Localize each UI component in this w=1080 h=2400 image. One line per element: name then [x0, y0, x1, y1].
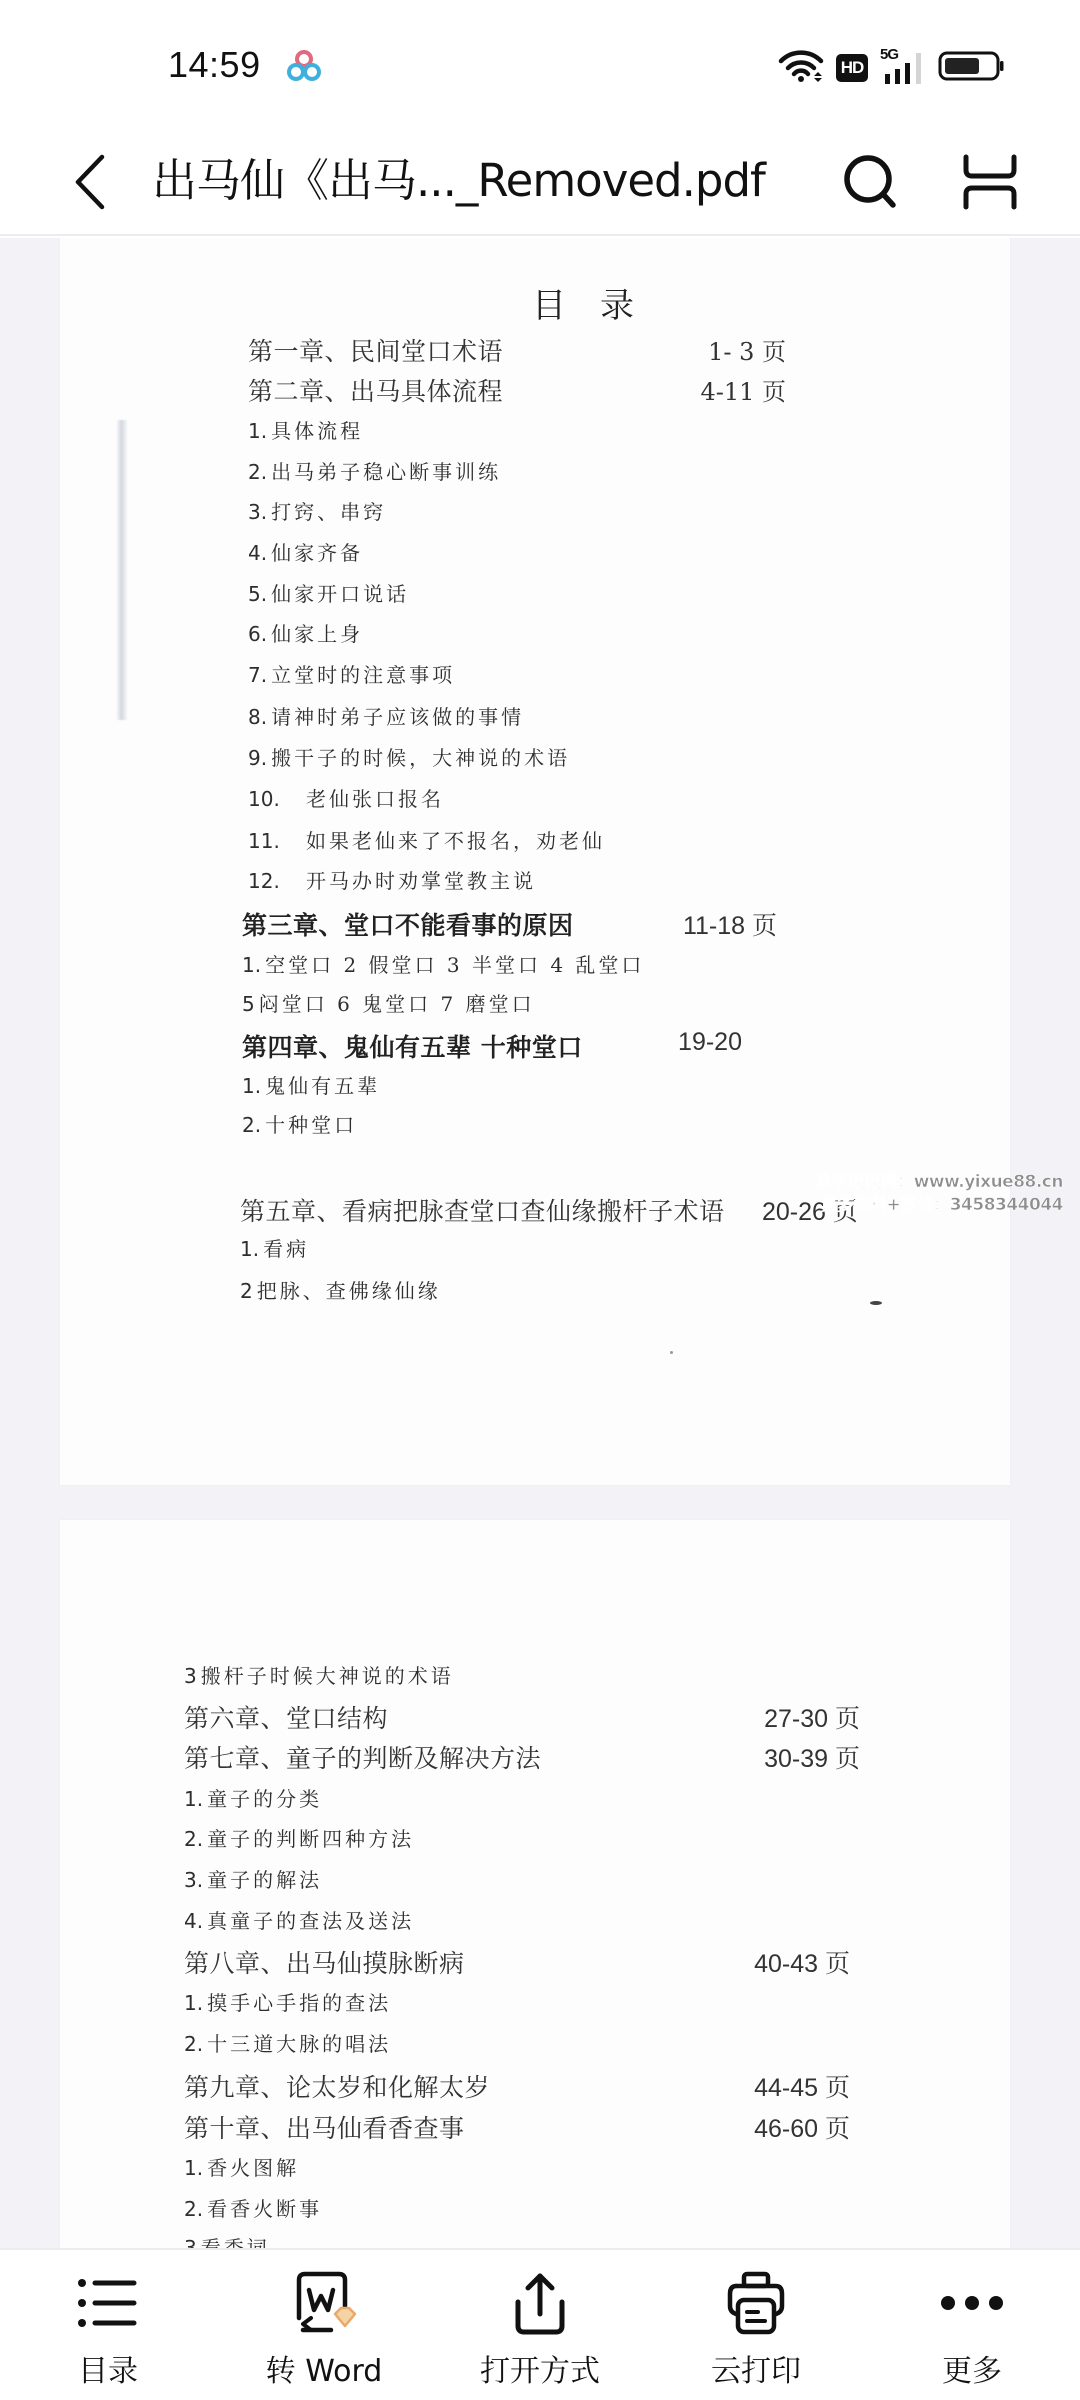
printer-icon: [721, 2268, 791, 2338]
watermark-line-2: 更多资料+微信：3458344044: [820, 1190, 1063, 1215]
toc-item[interactable]: 1.摸手心手指的查法: [184, 1987, 391, 2016]
status-indicators: HD 5G: [778, 48, 1006, 88]
toc-item[interactable]: 4.仙家齐备: [248, 537, 363, 566]
more-button[interactable]: 更多: [864, 2250, 1080, 2400]
app-header: 出马仙《出马..._Removed.pdf: [0, 130, 1080, 236]
watermark-line-1: 易学巴巴网：www.yixue88.cn: [815, 1167, 1063, 1192]
toc-chapter[interactable]: 第五章、看病把脉查堂口查仙缘搬杆子术语: [240, 1192, 725, 1228]
status-bar: 14:59 HD 5G: [0, 0, 1080, 130]
search-button[interactable]: [835, 146, 907, 218]
chevron-left-icon: [72, 153, 108, 211]
toc-item[interactable]: 10.老仙张口报名: [248, 783, 444, 812]
toc-item[interactable]: 5闷堂口 6 鬼堂口 7 磨堂口: [242, 988, 535, 1017]
toc-chapter[interactable]: 第八章、出马仙摸脉断病: [184, 1944, 465, 1980]
toc-page-range: 46-60 页: [754, 2109, 850, 2145]
toc-item[interactable]: 2.童子的判断四种方法: [184, 1823, 414, 1852]
open-with-button[interactable]: 打开方式: [432, 2250, 648, 2400]
toc-chapter[interactable]: 第三章、堂口不能看事的原因: [242, 906, 574, 942]
toc-item[interactable]: 6.仙家上身: [248, 618, 363, 647]
scan-speck: [870, 1301, 882, 1305]
search-icon: [841, 152, 901, 212]
toc-item[interactable]: 9.搬干子的时候，大神说的术语: [248, 742, 570, 771]
toc-chapter[interactable]: 第四章、鬼仙有五辈 十种堂口: [242, 1028, 583, 1064]
bottom-toolbar: 目录 转 Word 打开方式: [0, 2248, 1080, 2400]
toc-item[interactable]: 3看香词: [184, 2232, 270, 2248]
toc-item[interactable]: 3.童子的解法: [184, 1864, 322, 1893]
back-button[interactable]: [60, 142, 120, 222]
toc-item[interactable]: 1.空堂口 2 假堂口 3 半堂口 4 乱堂口: [242, 949, 644, 978]
pdf-page-2: 3搬杆子时候大神说的术语 第六章、堂口结构 27-30 页 第七章、童子的判断及…: [60, 1520, 1010, 2248]
page-view-button[interactable]: [952, 144, 1028, 220]
toc-item[interactable]: 1.具体流程: [248, 415, 363, 444]
toc-item[interactable]: 8.请神时弟子应该做的事情: [248, 701, 524, 730]
convert-word-label: 转 Word: [216, 2346, 432, 2390]
toc-item[interactable]: 11.如果老仙来了不报名，劝老仙: [248, 825, 605, 854]
toc-chapter[interactable]: 第七章、童子的判断及解决方法: [184, 1739, 541, 1775]
toc-item[interactable]: 2.出马弟子稳心断事训练: [248, 456, 501, 485]
toc-page-range: 44-45 页: [754, 2068, 850, 2104]
cloud-rings-icon: [286, 48, 322, 84]
toc-page-range: 4-11 页: [700, 372, 786, 407]
toc-page-range: 40-43 页: [754, 1944, 850, 1980]
toc-chapter[interactable]: 第六章、堂口结构: [184, 1699, 388, 1735]
scan-speck: [670, 1351, 673, 1354]
toc-page-range: 11-18 页: [683, 906, 777, 942]
toc-item[interactable]: 2.看香火断事: [184, 2193, 322, 2222]
status-time: 14:59: [168, 44, 261, 86]
pdf-viewer[interactable]: 目录 第一章、民间堂口术语 1- 3 页 第二章、出马具体流程 4-11 页 1…: [0, 238, 1080, 2248]
cloud-print-button[interactable]: 云打印: [648, 2250, 864, 2400]
more-icon: [937, 2268, 1007, 2338]
toc-page-range: 1- 3 页: [708, 332, 786, 367]
pdf-page-1: 目录 第一章、民间堂口术语 1- 3 页 第二章、出马具体流程 4-11 页 1…: [60, 238, 1010, 1485]
toc-item[interactable]: 2把脉、查佛缘仙缘: [240, 1275, 441, 1304]
toc-item[interactable]: 1.香火图解: [184, 2152, 299, 2181]
toc-item[interactable]: 4.真童子的查法及送法: [184, 1905, 414, 1934]
toc-item[interactable]: 2.十种堂口: [242, 1109, 357, 1138]
toc-item[interactable]: 1.鬼仙有五辈: [242, 1070, 380, 1099]
toc-item[interactable]: 7.立堂时的注意事项: [248, 659, 455, 688]
convert-word-button[interactable]: 转 Word: [216, 2250, 432, 2400]
wifi-icon: [778, 49, 824, 87]
toc-button-label: 目录: [0, 2346, 216, 2390]
toc-page-range: 19-20: [678, 1028, 742, 1057]
open-with-label: 打开方式: [432, 2346, 648, 2390]
more-label: 更多: [864, 2346, 1080, 2390]
toc-item[interactable]: 1.看病: [240, 1233, 309, 1262]
toc-chapter[interactable]: 第九章、论太岁和化解太岁: [184, 2068, 490, 2104]
toc-item[interactable]: 2.十三道大脉的唱法: [184, 2028, 391, 2057]
toc-item[interactable]: 5.仙家开口说话: [248, 578, 409, 607]
toc-item[interactable]: 3.打窍、串窍: [248, 496, 386, 525]
toc-page-range: 30-39 页: [764, 1739, 860, 1775]
toc-button[interactable]: 目录: [0, 2250, 216, 2400]
toc-page-range: 27-30 页: [764, 1699, 860, 1735]
toc-chapter[interactable]: 第二章、出马具体流程: [248, 372, 503, 408]
cloud-print-label: 云打印: [648, 2346, 864, 2390]
toc-item[interactable]: 1.童子的分类: [184, 1783, 322, 1812]
5g-signal-icon: 5G: [880, 50, 926, 86]
list-icon: [73, 2268, 143, 2338]
toc-chapter[interactable]: 第一章、民间堂口术语: [248, 332, 503, 368]
battery-icon: [938, 51, 1006, 85]
toc-chapter[interactable]: 第十章、出马仙看香查事: [184, 2109, 465, 2145]
page-view-icon: [960, 154, 1020, 210]
scan-artifact: [116, 420, 128, 720]
share-icon: [505, 2268, 575, 2338]
hd-badge: HD: [836, 54, 868, 82]
convert-word-icon: [289, 2268, 359, 2338]
toc-item[interactable]: 3搬杆子时候大神说的术语: [184, 1660, 454, 1689]
toc-item[interactable]: 12.开马办时劝掌堂教主说: [248, 865, 536, 894]
document-title: 出马仙《出马..._Removed.pdf: [152, 146, 765, 216]
toc-title: 目录: [532, 278, 668, 327]
